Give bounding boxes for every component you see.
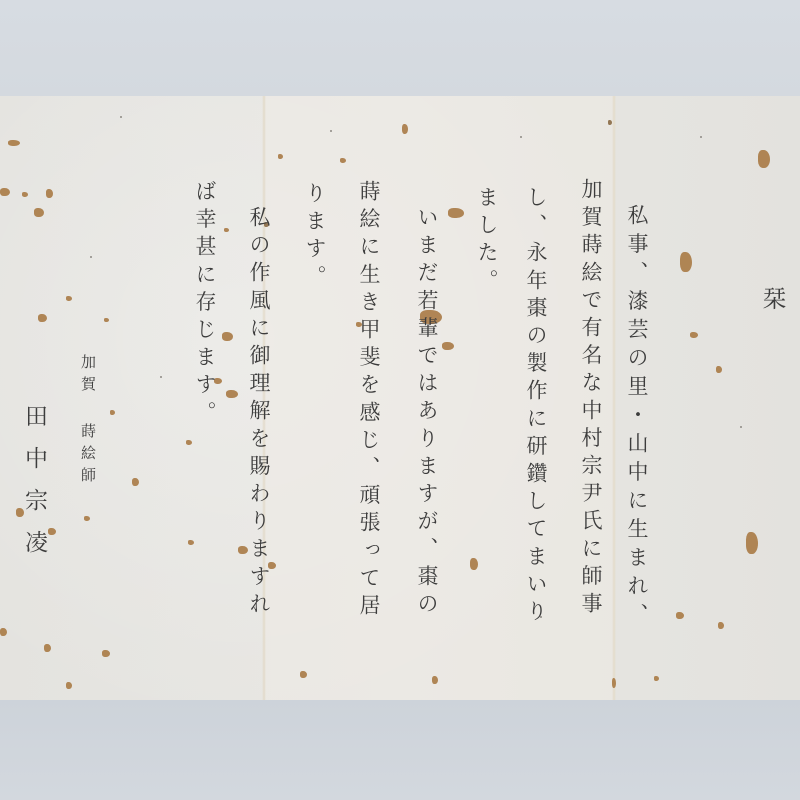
gold-flake	[102, 650, 110, 657]
letter-line-9: ば幸甚に存じます。	[194, 180, 215, 428]
gold-flake	[66, 296, 72, 301]
gold-flake	[38, 314, 47, 322]
gold-flake	[278, 154, 283, 159]
paper-fold-right	[612, 96, 616, 700]
gold-flake	[22, 192, 28, 197]
gold-flake	[222, 332, 233, 341]
gold-flake	[226, 390, 238, 398]
gold-flake	[110, 410, 115, 415]
letter-line-1: 私事、漆芸の里・山中に生まれ、	[626, 204, 647, 632]
background-bottom	[0, 700, 800, 800]
gold-flake	[0, 628, 7, 636]
letter-line-8: 私の作風に御理解を賜わりますれ	[248, 206, 269, 620]
letter-line-4: ました。	[476, 186, 497, 296]
gold-flake	[716, 366, 722, 373]
gold-flake	[104, 318, 109, 322]
gold-flake	[654, 676, 659, 681]
gold-flake	[188, 540, 194, 545]
gold-flake	[680, 252, 692, 272]
gold-flake	[0, 188, 10, 196]
paper-speck	[330, 130, 332, 132]
gold-flake	[718, 622, 724, 629]
letter-line-2: 加賀蒔絵で有名な中村宗尹氏に師事	[580, 178, 601, 620]
gold-flake	[48, 528, 56, 535]
signature-title: 加賀 蒔絵師	[80, 354, 95, 489]
paper-speck	[520, 136, 522, 138]
gold-flake	[34, 208, 44, 217]
gold-flake	[132, 478, 139, 486]
letter-line-7: ります。	[304, 182, 325, 292]
gold-flake	[690, 332, 698, 338]
gold-flake	[758, 150, 770, 168]
letter-paper: 栞 私事、漆芸の里・山中に生まれ、 加賀蒔絵で有名な中村宗尹氏に師事 し、永年棗…	[0, 96, 800, 700]
gold-flake	[84, 516, 90, 521]
paper-speck	[90, 256, 92, 258]
gold-flake	[612, 678, 616, 688]
background-top	[0, 0, 800, 96]
letter-line-6: 蒔絵に生き甲斐を感じ、頑張って居	[358, 180, 379, 622]
paper-speck	[700, 136, 702, 138]
letter-title: 栞	[760, 286, 784, 316]
gold-flake	[442, 342, 454, 350]
gold-flake	[608, 120, 612, 125]
gold-flake	[66, 682, 72, 689]
gold-flake	[470, 558, 478, 570]
gold-flake	[432, 676, 438, 684]
gold-flake	[46, 189, 53, 198]
gold-flake	[224, 228, 229, 232]
gold-flake	[300, 671, 307, 678]
gold-flake	[186, 440, 192, 445]
signature-name: 田中宗凌	[22, 404, 45, 572]
letter-line-3: し、永年棗の製作に研鑽してまいり	[525, 186, 546, 628]
paper-speck	[740, 426, 742, 428]
gold-flake	[448, 208, 464, 218]
paper-speck	[120, 116, 122, 118]
gold-flake	[746, 532, 758, 554]
gold-flake	[44, 644, 51, 652]
paper-speck	[160, 376, 162, 378]
gold-flake	[402, 124, 408, 134]
gold-flake	[8, 140, 20, 146]
letter-line-5: いまだ若輩ではありますが、棗の	[416, 206, 437, 620]
gold-flake	[340, 158, 346, 163]
gold-flake	[676, 612, 684, 619]
